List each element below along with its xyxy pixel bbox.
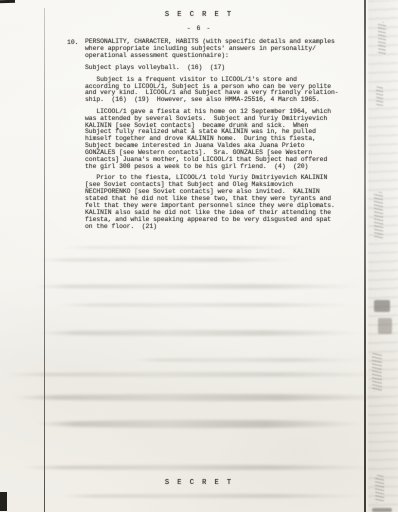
margin-pencil-mark: [378, 22, 386, 56]
margin-ink-blob: [378, 318, 392, 334]
top-left-corner-mark: [0, 0, 15, 3]
margin-pencil-mark: [375, 475, 384, 503]
margin-ink-blob: [374, 300, 390, 312]
bleedthrough-streak: [20, 465, 380, 470]
bleedthrough-streak: [55, 494, 370, 498]
item-10-section: 10. PERSONALITY, CHARACTER, HABITS (with…: [85, 39, 355, 60]
bleedthrough-streak: [30, 284, 365, 289]
bleedthrough-streak: [0, 372, 396, 377]
classification-header: S E C R E T: [0, 11, 398, 19]
paragraph-fiesta: LICOOL/1 gave a fiesta at his home on 12…: [85, 109, 355, 171]
page-number: - 6 -: [0, 25, 398, 32]
right-margin-smudge-column: [368, 0, 398, 512]
scanned-document-page: S E C R E T - 6 - 10. PERSONALITY, CHARA…: [0, 0, 398, 512]
document-body: 10. PERSONALITY, CHARACTER, HABITS (with…: [85, 39, 355, 231]
bleedthrough-streak: [130, 358, 365, 362]
paragraph-prior-to-fiesta: Prior to the fiesta, LICOOL/1 told Yuriy…: [85, 175, 355, 230]
bleedthrough-streak: [35, 258, 305, 262]
margin-pencil-mark: [372, 352, 382, 392]
margin-ink-blob: [372, 508, 392, 512]
item-number: 10.: [67, 39, 79, 46]
bleedthrough-streak: [55, 303, 360, 307]
paragraph-store-visitor: Subject is a frequent visitor to LICOOL/…: [85, 77, 355, 105]
margin-pencil-mark: [376, 86, 383, 108]
classification-footer: S E C R E T: [0, 479, 398, 487]
item-10-heading: PERSONALITY, CHARACTER, HABITS (with spe…: [85, 39, 355, 60]
bottom-left-corner-mark: [0, 492, 7, 511]
bleedthrough-streak: [10, 394, 396, 401]
margin-pencil-mark: [374, 192, 383, 240]
bleedthrough-streak: [35, 420, 365, 428]
paragraph-volleyball: Subject plays volleyball. (16) (17): [85, 65, 355, 72]
bleedthrough-streak: [35, 330, 365, 336]
right-binding-line: [364, 0, 366, 512]
bleedthrough-streak: [60, 246, 310, 249]
